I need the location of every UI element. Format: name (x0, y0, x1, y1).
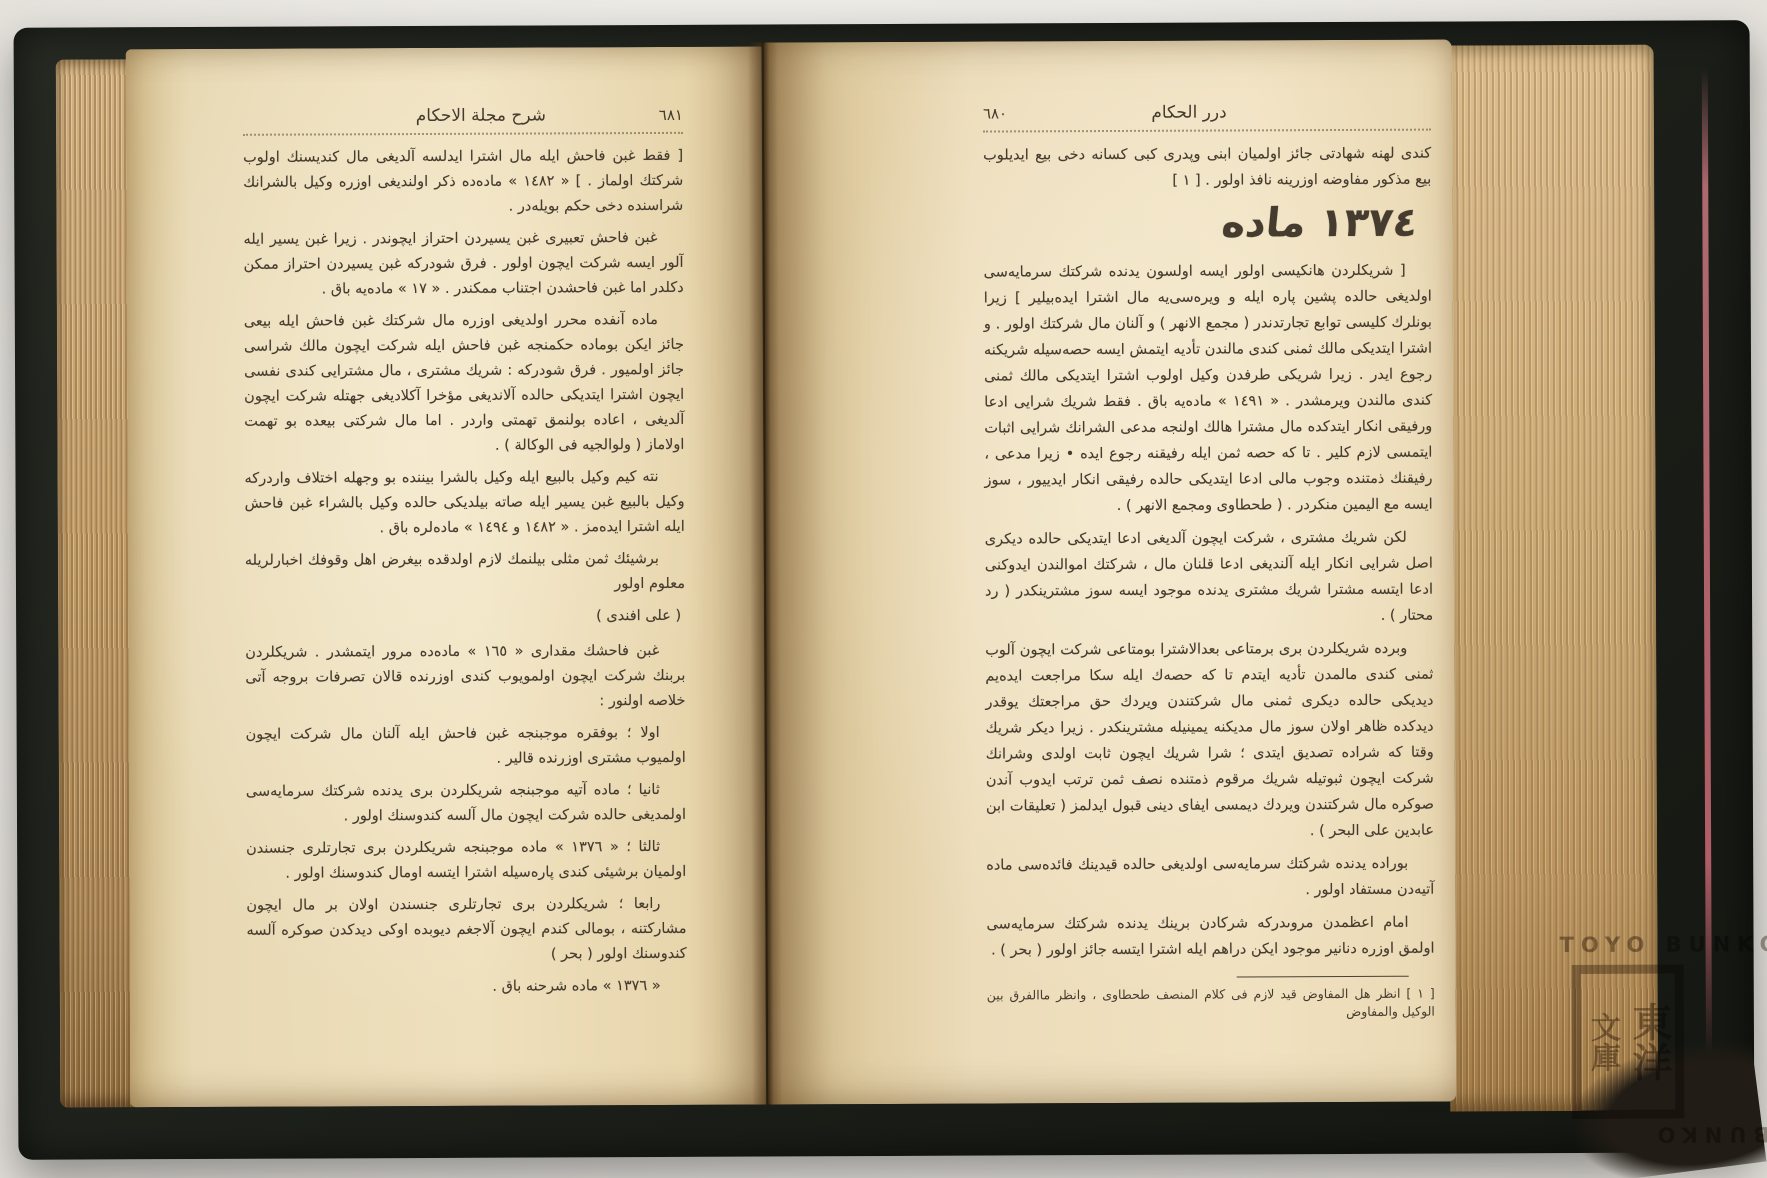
footnote-separator-rule (1237, 976, 1409, 978)
left-page-number: ٦٨١ (659, 106, 683, 124)
paragraph: ماده آنفده محرر اولديغى اوزره مال شركتك … (244, 308, 685, 460)
watermark-text: TOYO BUNKO (1560, 932, 1767, 957)
library-seal-icon: 東洋 文庫 (1572, 965, 1685, 1119)
paragraph: « ١٣٧٦ » ماده شرحنه باق . (247, 974, 687, 1001)
paragraph: ثالثا ؛ « ١٣٧٦ » ماده موجبنجه شريكلردن ب… (246, 835, 686, 887)
left-page: ٦٨١ شرح مجلة الاحكام [ فقط غبن فاحش ايله… (126, 47, 767, 1108)
left-page-body: [ فقط غبن فاحش ايله مال اشترا ايدلسه آلد… (243, 144, 687, 1001)
right-page-number: ٦٨٠ (983, 104, 1007, 122)
toyo-bunko-watermark: TOYO BUNKO 東洋 文庫 BUNKO (1553, 924, 1767, 1175)
book: ٦٨١ شرح مجلة الاحكام [ فقط غبن فاحش ايله… (0, 0, 1767, 1178)
left-running-title: شرح مجلة الاحكام (303, 105, 659, 127)
paragraph: [ فقط غبن فاحش ايله مال اشترا ايدلسه آلد… (243, 144, 683, 221)
paragraph: غبن فاحش تعبيرى غبن يسيردن احتراز ايچوند… (243, 226, 683, 303)
paragraph: ثانيا ؛ ماده آتيه موجبنجه شريكلردن برى ي… (246, 778, 686, 830)
right-running-title: درر الحكام (1007, 102, 1371, 124)
paragraph: [ شريكلردن هانكيسى اولور ايسه اولسون يدن… (984, 258, 1433, 520)
paragraph: بوراده يدنده شركتك سرمايه‌سى اولديغى حال… (986, 851, 1434, 905)
photo-open-book: ٦٨١ شرح مجلة الاحكام [ فقط غبن فاحش ايله… (0, 0, 1767, 1178)
paragraph: رابعا ؛ شريكلردن برى تجارتلرى جنسندن اول… (246, 892, 686, 969)
right-page: درر الحكام ٦٨٠ كندى لهنه شهادتى جائز اول… (764, 40, 1457, 1105)
article-heading-madde-1374: ١٣٧٤ ماده (981, 200, 1420, 248)
paragraph: ( على افندى ) (245, 604, 681, 631)
paragraph: وبرده شريكلردن برى برمتاعى بعدالاشترا بو… (985, 636, 1434, 846)
watermark-text-flipped: BUNKO (1564, 1122, 1767, 1147)
paragraph: كندى لهنه شهادتى جائز اولميان ابنى وپدرى… (983, 141, 1431, 195)
paragraph: برشيئك ثمن مثلى بيلنمك لازم اولدقده بيغر… (245, 547, 685, 599)
paragraph: نته كيم وكيل بالبيع ايله وكيل بالشرا بين… (244, 465, 684, 542)
paragraph: اولا ؛ بوفقره موجبنجه غبن فاحش ايله آلنا… (246, 721, 686, 773)
right-page-intro: كندى لهنه شهادتى جائز اولميان ابنى وپدرى… (983, 141, 1431, 195)
right-page-body: [ شريكلردن هانكيسى اولور ايسه اولسون يدن… (984, 258, 1435, 964)
book-gutter (748, 42, 783, 1104)
paragraph: امام اعظمدن مروىدركه شركادن برينك يدنده … (986, 910, 1434, 964)
footnote: [ ١ ] انظر هل المفاوض قيد لازم فى كلام ا… (987, 985, 1435, 1023)
seal-characters-bunko: 文庫 (1587, 1012, 1617, 1072)
right-page-header: درر الحكام ٦٨٠ (983, 102, 1431, 133)
seal-characters-toyo: 東洋 (1629, 1002, 1669, 1082)
paragraph: لكن شريك مشترى ، شركت ايچون آلديغى ادعا … (985, 525, 1433, 631)
paragraph: غبن فاحشك مقدارى « ١٦٥ » ماده‌ده مرور اي… (245, 639, 685, 716)
left-page-header: ٦٨١ شرح مجلة الاحكام (243, 105, 683, 136)
